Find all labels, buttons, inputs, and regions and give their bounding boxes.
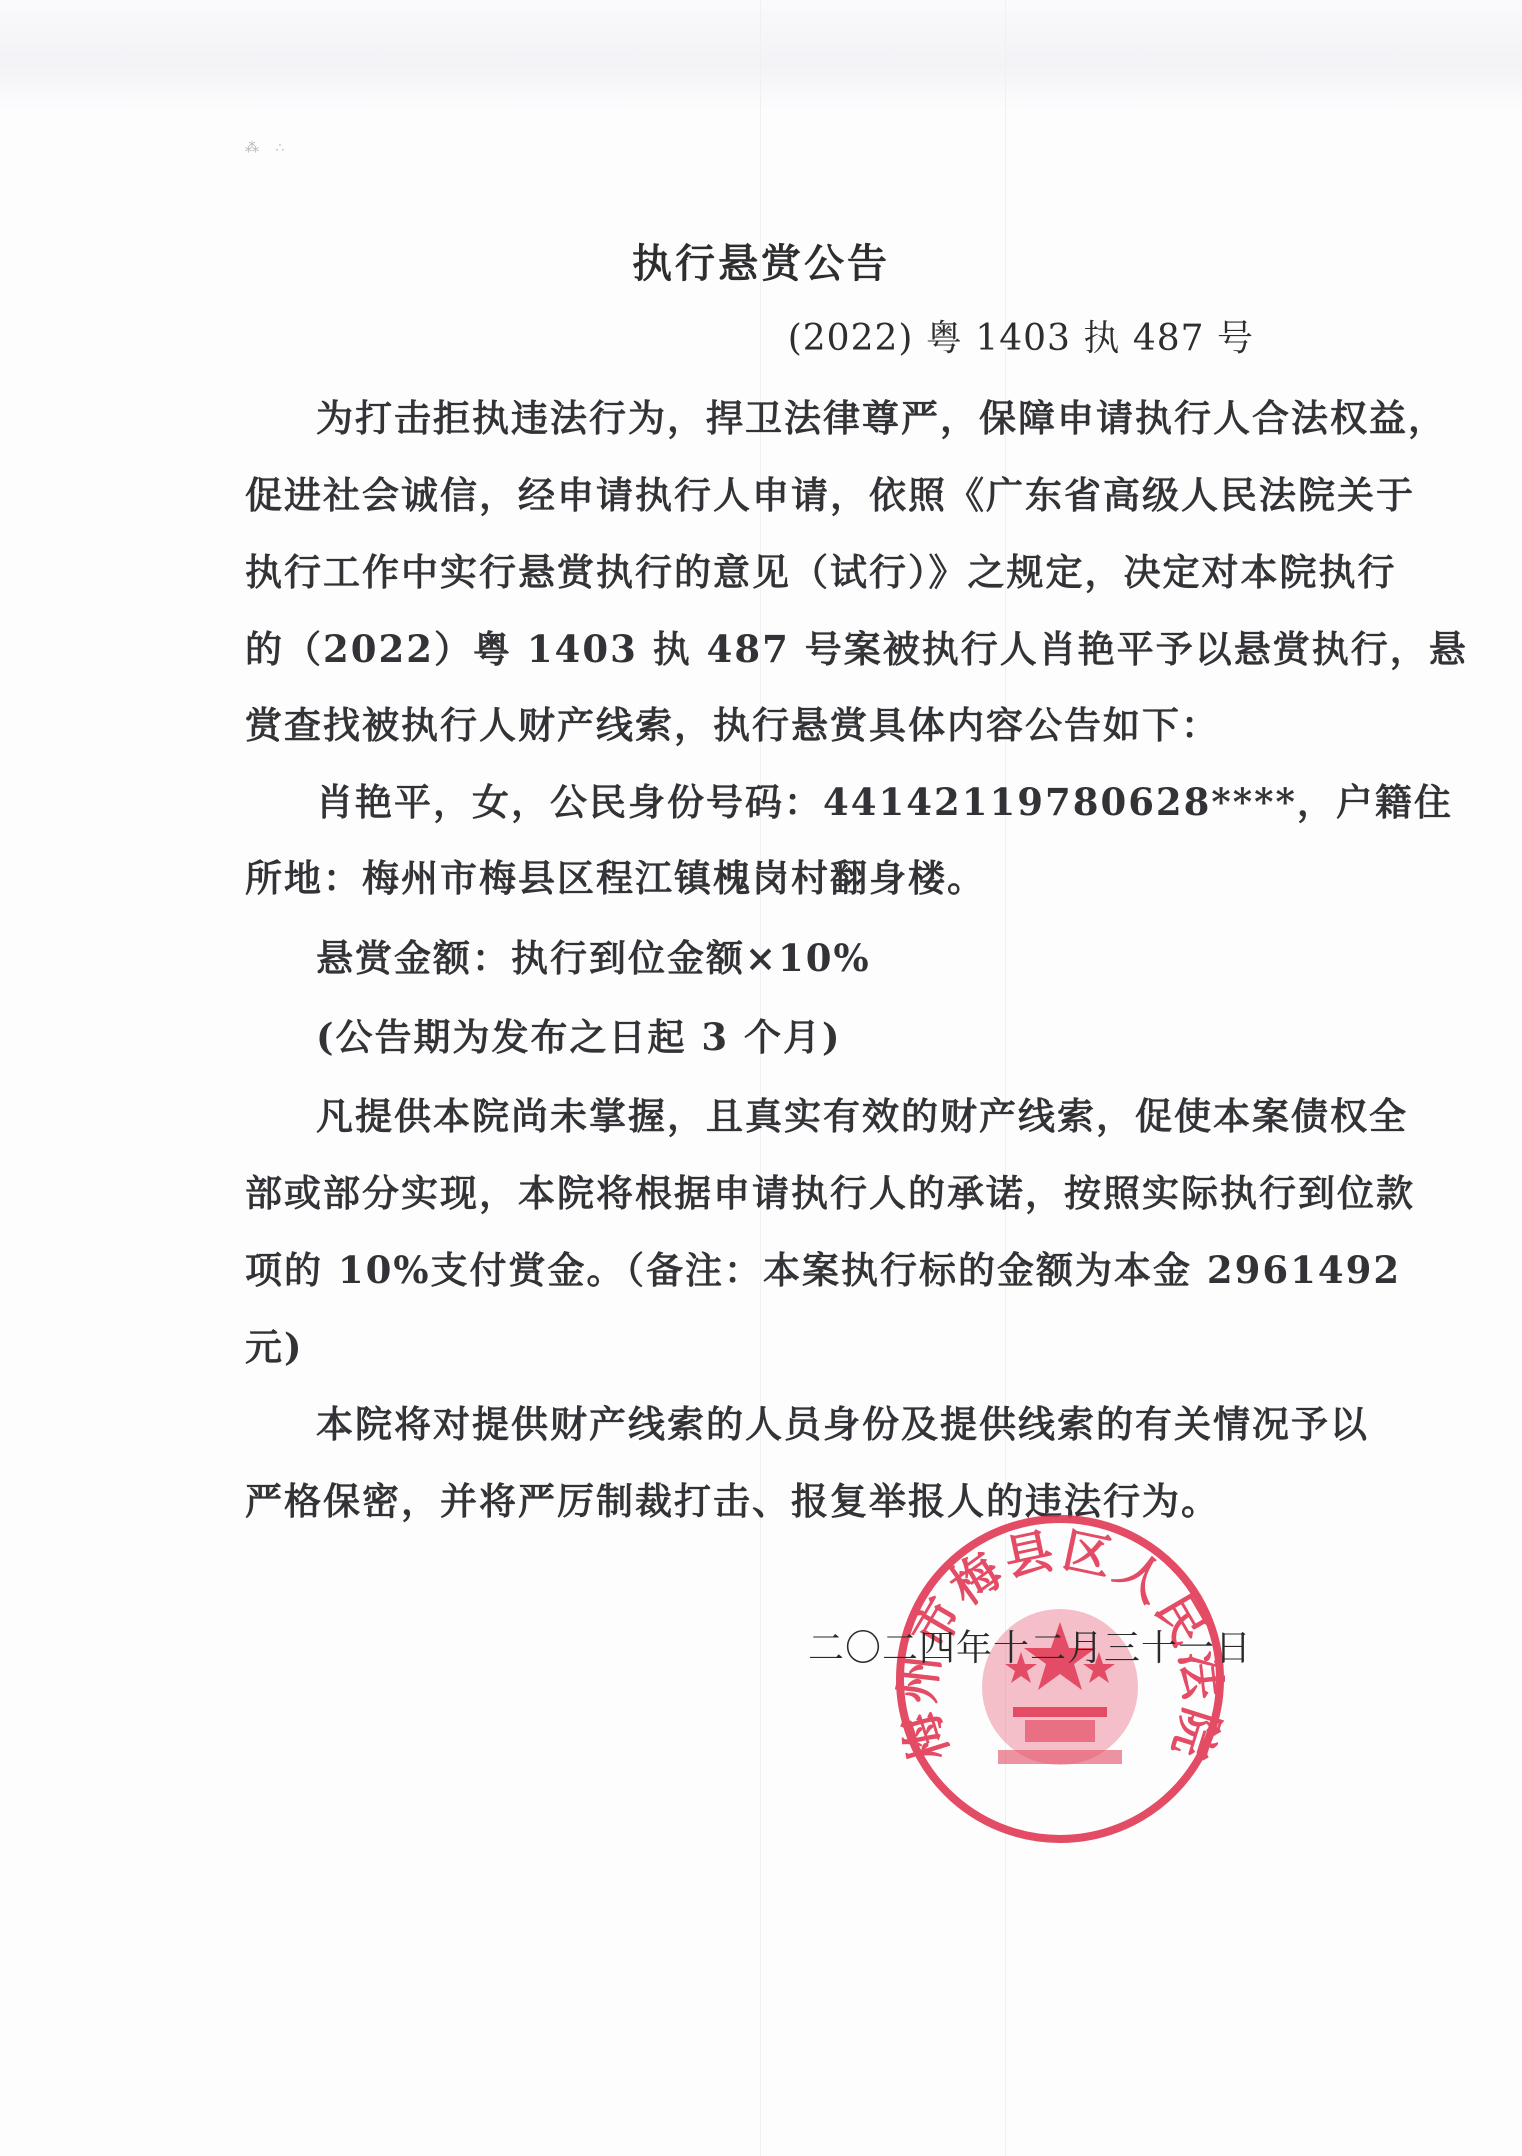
scanner-speck: ⁂ ∴ <box>245 140 290 156</box>
paragraph-line: 本院将对提供财产线索的人员身份及提供线索的有关情况予以 <box>316 1394 1255 1448</box>
notice-period-line: (公告期为发布之日起 3 个月) <box>316 1007 1255 1061</box>
paragraph-line: 肖艳平，女，公民身份号码：44142119780628****，户籍住 <box>316 772 1255 826</box>
paragraph-line: 元) <box>245 1317 1255 1371</box>
paragraph-line: 执行工作中实行悬赏执行的意见（试行）》之规定，决定对本院执行 <box>245 542 1255 596</box>
scan-fold-line <box>760 0 761 2156</box>
document-title: 执行悬赏公告 <box>0 232 1522 289</box>
paragraph-line: 为打击拒执违法行为，捍卫法律尊严，保障申请执行人合法权益， <box>316 388 1255 442</box>
scan-edge-shading <box>0 0 1522 110</box>
paragraph-line: 的（2022）粤 1403 执 487 号案被执行人肖艳平予以悬赏执行，悬 <box>245 619 1255 673</box>
paragraph-line: 所地：梅州市梅县区程江镇槐岗村翻身楼。 <box>245 848 1255 902</box>
document-number: (2022) 粤 1403 执 487 号 <box>788 310 1254 361</box>
court-seal-icon: 梅州市梅县区人民法院 <box>893 1512 1227 1846</box>
issue-date: 二〇二四年十二月三十一日 <box>808 1620 1252 1671</box>
paragraph-line: 促进社会诚信，经申请执行人申请，依照《广东省高级人民法院关于 <box>245 465 1255 519</box>
paragraph-line: 赏查找被执行人财产线索，执行悬赏具体内容公告如下： <box>245 695 1255 749</box>
reward-amount-line: 悬赏金额：执行到位金额×10% <box>316 928 1255 982</box>
paragraph-line: 项的 10%支付赏金。（备注：本案执行标的金额为本金 2961492 <box>245 1240 1255 1294</box>
paragraph-line: 凡提供本院尚未掌握，且真实有效的财产线索，促使本案债权全 <box>316 1086 1255 1140</box>
paragraph-line: 部或部分实现，本院将根据申请执行人的承诺，按照实际执行到位款 <box>245 1163 1255 1217</box>
